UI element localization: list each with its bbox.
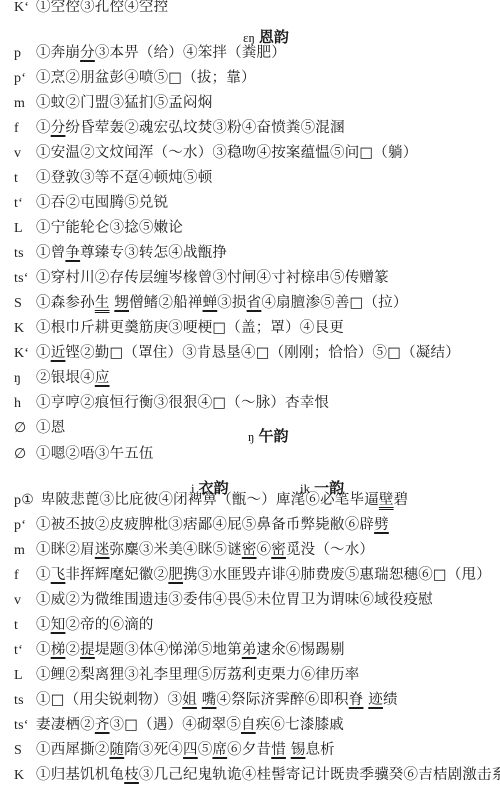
- underlined-character: 提: [80, 642, 95, 658]
- underlined-character: 密: [271, 542, 286, 558]
- syllable-row: p①奔崩分③本畀（给）④笨拌（粪肥）: [14, 42, 286, 64]
- syllable-row: t‘①吞②屯囤腾⑤兑锐: [14, 192, 168, 214]
- syllable-text: ④祭际济霁醉⑥即积: [216, 692, 348, 708]
- initial-consonant: K‘: [14, 0, 36, 19]
- syllable-row: ts‘妻凄栖②齐③□（遇）④砌翠⑤自疾⑥七漆膝戚: [14, 714, 344, 736]
- syllable-row: S①西犀撕②随隋③死④四⑤席⑥夕昔惜 锡息析: [14, 739, 335, 761]
- underlined-character: 知: [51, 617, 66, 633]
- initial-consonant: p‘: [14, 515, 36, 537]
- syllable-text: 铿②勤□（罩住）③肯恳垦④□（刚刚；恰恰）⑤□（凝结）: [65, 345, 460, 361]
- initial-consonant: ts: [14, 243, 36, 265]
- syllable-text: ②银垠④: [36, 370, 95, 386]
- underlined-character: 四: [183, 742, 198, 758]
- syllable-row: ∅①嗯②唔③午五伍: [14, 443, 154, 465]
- underlined-character: 弟: [242, 642, 257, 658]
- initial-consonant: K: [14, 318, 36, 340]
- syllable-text: ①恩: [36, 420, 65, 436]
- syllable-text: 息析: [305, 742, 334, 758]
- underlined-character: 密: [242, 542, 257, 558]
- initial-consonant: ts‘: [14, 715, 36, 737]
- syllable-text: 卑陂悲蓖③比庇彼④闭裨箅（甑～）庳滗⑥必笔毕逼: [36, 492, 379, 508]
- syllable-row: L①宁能轮仑③捻⑤嫩论: [14, 217, 183, 239]
- initial-consonant: ∅: [14, 444, 36, 466]
- syllable-row: S①森参孙生 甥僧鳍②船禅蝉③损省④扇膻渗⑤善□（拉）: [14, 292, 408, 314]
- initial-consonant: f: [14, 118, 36, 140]
- syllable-text: ③□（遇）④砌翠⑤: [110, 717, 242, 733]
- syllable-text: 绩: [383, 692, 398, 708]
- initial-consonant: v: [14, 590, 36, 612]
- syllable-text: ③损: [217, 295, 246, 311]
- syllable-row: ŋ②银垠④应: [14, 367, 110, 389]
- syllable-text: ④扇膻渗⑤善□（拉）: [261, 295, 407, 311]
- syllable-text: ⑥夕昔: [227, 742, 271, 758]
- syllable-row: t‘①梯②提堤题③体④悌涕⑤地第弟逮氽⑥惕踢剔: [14, 639, 345, 661]
- syllable-text: ①威②为微维围遗违③委伟④畏⑤未位胃卫为谓味⑥域役疫慰: [36, 592, 433, 608]
- syllable-text: ①宁能轮仑③捻⑤嫩论: [36, 220, 183, 236]
- syllable-row: K①归基饥机龟枝③几己纪鬼轨诡④桂髻寄记计既贵季骥癸⑥吉桔剧激击系: [14, 764, 500, 786]
- syllable-text: ①西犀撕②: [36, 742, 110, 758]
- initial-consonant: K: [14, 765, 36, 787]
- syllable-row: ts‘①穿村川②存传层缠岑椽曾③忖闸④寸衬榇串⑤传赠篆: [14, 267, 389, 289]
- syllable-text: 堤题③体④悌涕⑤地第: [95, 642, 242, 658]
- underlined-character: 惜: [271, 742, 286, 758]
- initial-consonant: L: [14, 218, 36, 240]
- syllable-row: ∅①恩: [14, 417, 65, 439]
- initial-consonant: t‘: [14, 640, 36, 662]
- initial-consonant: m: [14, 540, 36, 562]
- underlined-character: 分: [80, 45, 95, 61]
- syllable-text: ⑥: [257, 542, 272, 558]
- syllable-row: K①根巾斤耕更羹筋庚③哽梗□（盖；罩）④艮更: [14, 317, 344, 339]
- syllable-row: p‘①被丕披②皮疲脾枇③痞鄙④屁⑤鼻备币弊毙敝⑥辟劈: [14, 514, 389, 536]
- document-page: ɛŋ恩韵ŋ午韵i衣韵ik一韵K‘①空倥③孔倥④空控p①奔崩分③本畀（给）④笨拌（…: [0, 0, 500, 791]
- initial-consonant: p: [14, 43, 36, 65]
- syllable-text: ①被丕披②皮疲脾枇③痞鄙④屁⑤鼻备币弊毙敝⑥辟: [36, 517, 374, 533]
- initial-consonant: t: [14, 615, 36, 637]
- syllable-text: ①穿村川②存传层缠岑椽曾③忖闸④寸衬榇串⑤传赠篆: [36, 270, 389, 286]
- syllable-text: ①鲤②梨离狸③礼李里理⑤厉荔利吏栗力⑥律历率: [36, 667, 359, 683]
- underlined-character: 分: [51, 120, 66, 136]
- syllable-text: ③几己纪鬼轨诡④桂髻寄记计既贵季骥癸⑥吉桔剧激击系: [139, 767, 500, 783]
- underlined-character: 争: [65, 245, 80, 261]
- initial-consonant: h: [14, 393, 36, 415]
- underlined-character: 生: [95, 295, 110, 311]
- underlined-character: 随: [110, 742, 125, 758]
- syllable-row: K‘①近铿②勤□（罩住）③肯恳垦④□（刚刚；恰恰）⑤□（凝结）: [14, 342, 460, 364]
- syllable-text: ①亨哼②痕恒行衡③很狠④□（～脉）杏幸恨: [36, 395, 329, 411]
- syllable-text: ①安温②文炆闻浑（～水）③稳吻④按案蕴愠⑤问□（躺）: [36, 145, 417, 161]
- syllable-text: ②: [65, 642, 80, 658]
- syllable-row: m①眯②眉迷弥麋③米美④眯⑤谜密⑥密觅没（～水）: [14, 539, 374, 561]
- syllable-text: 逮氽⑥惕踢剔: [257, 642, 345, 658]
- underlined-character: 锡: [291, 742, 306, 758]
- underlined-character: 劈: [374, 517, 389, 533]
- syllable-row: f①分纷昏荤轰②魂宏弘坟焚③粉④奋愤粪⑤混溷: [14, 117, 345, 139]
- underlined-character: 壁: [379, 492, 394, 508]
- rhyme-phonetic: ŋ: [248, 429, 254, 444]
- syllable-text: ①归基饥机龟: [36, 767, 124, 783]
- initial-consonant: t: [14, 168, 36, 190]
- syllable-text: ①森参孙: [36, 295, 95, 311]
- initial-consonant: p‘: [14, 68, 36, 90]
- underlined-character: 应: [95, 370, 110, 386]
- syllable-text: ①: [36, 345, 51, 361]
- syllable-text: ①: [36, 642, 51, 658]
- syllable-row: ts①曾争尊臻专③转怎④战甑挣: [14, 242, 227, 264]
- underlined-character: 肥: [168, 567, 183, 583]
- syllable-row: L①鲤②梨离狸③礼李里理⑤厉荔利吏栗力⑥律历率: [14, 664, 359, 686]
- syllable-text: ②帝的⑥滴的: [65, 617, 153, 633]
- underlined-character: 脊: [349, 692, 364, 708]
- syllable-row: ts①□（用尖锐刺物）③姐 嘴④祭际济霁醉⑥即积脊 迹绩: [14, 689, 398, 711]
- initial-consonant: ts‘: [14, 268, 36, 290]
- syllable-text: ①□（用尖锐刺物）③: [36, 692, 182, 708]
- underlined-character: 枝: [124, 767, 139, 783]
- syllable-text: ①眯②眉: [36, 542, 95, 558]
- initial-consonant: ts: [14, 690, 36, 712]
- syllable-text: 僧鳍②船禅: [129, 295, 203, 311]
- syllable-text: ⑤: [198, 742, 213, 758]
- syllable-text: 觅没（～水）: [286, 542, 374, 558]
- initial-consonant: m: [14, 93, 36, 115]
- underlined-character: 梯: [51, 642, 66, 658]
- initial-consonant: K‘: [14, 343, 36, 365]
- syllable-row: t①知②帝的⑥滴的: [14, 614, 154, 636]
- syllable-text: 非挥辉麾妃徽②: [65, 567, 168, 583]
- initial-consonant: L: [14, 665, 36, 687]
- underlined-character: 迷: [95, 542, 110, 558]
- underlined-character: 席: [212, 742, 227, 758]
- underlined-character: 近: [51, 345, 66, 361]
- syllable-row: v①安温②文炆闻浑（～水）③稳吻④按案蕴愠⑤问□（躺）: [14, 142, 417, 164]
- syllable-text: ①根巾斤耕更羹筋庚③哽梗□（盖；罩）④艮更: [36, 320, 344, 336]
- syllable-row: m①蚊②门盟③猛扪⑤孟闷焖: [14, 92, 212, 114]
- syllable-text: ①: [36, 120, 51, 136]
- initial-consonant: v: [14, 143, 36, 165]
- syllable-text: ①吞②屯囤腾⑤兑锐: [36, 195, 168, 211]
- syllable-text: 尊臻专③转怎④战甑挣: [80, 245, 227, 261]
- syllable-text: ①嗯②唔③午五伍: [36, 446, 154, 462]
- syllable-text: ①奔崩: [36, 45, 80, 61]
- syllable-text: 携③水匪毁卉诽④肺费废⑤惠瑞恕穗⑥□（甩）: [183, 567, 491, 583]
- initial-consonant: ŋ: [14, 368, 36, 390]
- initial-consonant: f: [14, 565, 36, 587]
- syllable-text: ①: [36, 567, 51, 583]
- syllable-text: ③本畀（给）④笨拌（粪肥）: [95, 45, 286, 61]
- syllable-row: h①亨哼②痕恒行衡③很狠④□（～脉）杏幸恨: [14, 392, 329, 414]
- syllable-row: v①威②为微维围遗违③委伟④畏⑤未位胃卫为谓味⑥域役疫慰: [14, 589, 433, 611]
- section-header: ŋ午韵: [248, 424, 288, 448]
- syllable-text: 隋③死④: [124, 742, 183, 758]
- syllable-text: ①曾: [36, 245, 65, 261]
- underlined-character: 甥: [114, 295, 129, 311]
- syllable-row: K‘①空倥③孔倥④空控: [14, 0, 168, 18]
- syllable-row: t①登敦③等不趸④顿炖⑤顿: [14, 167, 212, 189]
- syllable-text: 妻凄栖②: [36, 717, 95, 733]
- underlined-character: 蝉: [203, 295, 218, 311]
- syllable-text: ①登敦③等不趸④顿炖⑤顿: [36, 170, 212, 186]
- rhyme-title: 午韵: [258, 427, 288, 445]
- initial-consonant: S: [14, 740, 36, 762]
- syllable-row: f①飞非挥辉麾妃徽②肥携③水匪毁卉诽④肺费废⑤惠瑞恕穗⑥□（甩）: [14, 564, 491, 586]
- syllable-row: p‘①烹②朋盆彭④喷⑤□（拔；靠）: [14, 67, 256, 89]
- syllable-text: ①蚊②门盟③猛扪⑤孟闷焖: [36, 95, 212, 111]
- underlined-character: 嘴: [202, 692, 217, 708]
- initial-consonant: p①: [14, 490, 36, 512]
- underlined-character: 迹: [368, 692, 383, 708]
- syllable-text: 弥麋③米美④眯⑤谜: [110, 542, 242, 558]
- initial-consonant: S: [14, 293, 36, 315]
- syllable-text: 疾⑥七漆膝戚: [256, 717, 344, 733]
- syllable-text: ①烹②朋盆彭④喷⑤□（拔；靠）: [36, 70, 256, 86]
- syllable-text: ①: [36, 617, 51, 633]
- initial-consonant: ∅: [14, 418, 36, 440]
- syllable-text: 碧: [394, 492, 409, 508]
- syllable-text: 纷昏荤轰②魂宏弘坟焚③粉④奋愤粪⑤混溷: [65, 120, 344, 136]
- initial-consonant: t‘: [14, 193, 36, 215]
- underlined-character: 姐: [182, 692, 197, 708]
- underlined-character: 齐: [95, 717, 110, 733]
- underlined-character: 省: [247, 295, 262, 311]
- underlined-character: 飞: [51, 567, 66, 583]
- underlined-character: 自: [241, 717, 256, 733]
- syllable-row: p① 卑陂悲蓖③比庇彼④闭裨箅（甑～）庳滗⑥必笔毕逼壁碧: [14, 489, 408, 511]
- syllable-text: ①空倥③孔倥④空控: [36, 0, 168, 15]
